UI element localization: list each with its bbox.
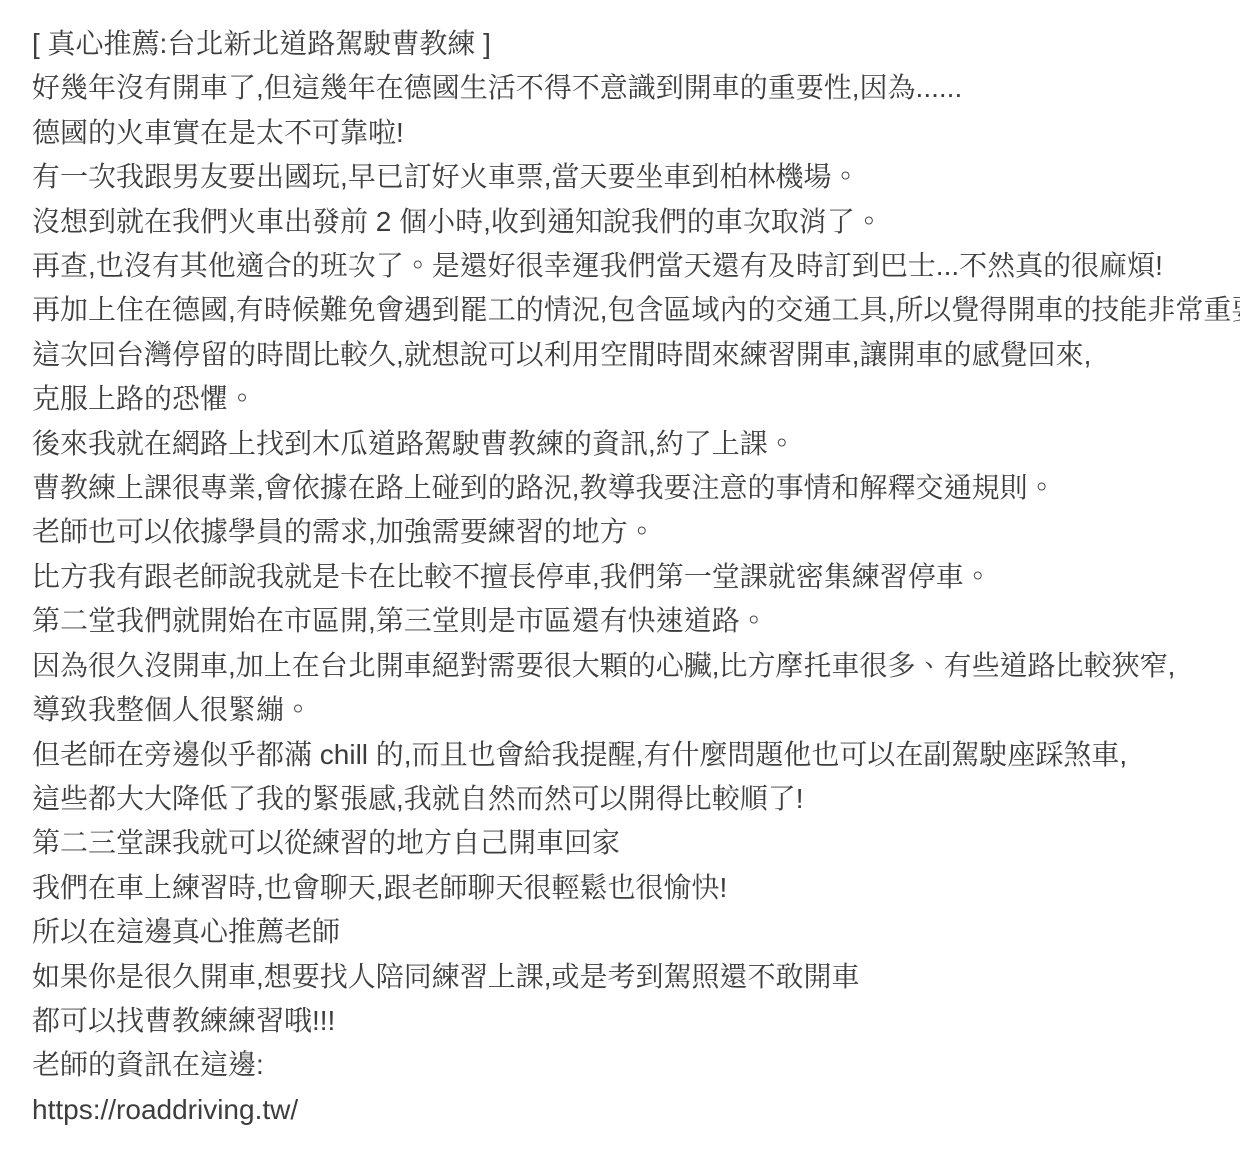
- post-line-11: 老師也可以依據學員的需求,加強需要練習的地方。: [32, 510, 1230, 554]
- post-line-8: 克服上路的恐懼。: [32, 377, 1230, 421]
- post-line-10: 曹教練上課很專業,會依據在路上碰到的路況,教導我要注意的事情和解釋交通規則。: [32, 466, 1230, 510]
- post-line-9: 後來我就在網路上找到木瓜道路駕駛曹教練的資訊,約了上課。: [32, 422, 1230, 466]
- post-url: https://roaddriving.tw/: [32, 1088, 1230, 1132]
- post-line-4: 沒想到就在我們火車出發前 2 個小時,收到通知說我們的車次取消了。: [32, 200, 1230, 244]
- post-line-12: 比方我有跟老師說我就是卡在比較不擅長停車,我們第一堂課就密集練習停車。: [32, 555, 1230, 599]
- post-title: [ 真心推薦:台北新北道路駕駛曹教練 ]: [32, 22, 1230, 66]
- post-line-2: 德國的火車實在是太不可靠啦!: [32, 111, 1230, 155]
- post-line-22: 都可以找曹教練練習哦!!!: [32, 999, 1230, 1043]
- post-line-13: 第二堂我們就開始在市區開,第三堂則是市區還有快速道路。: [32, 599, 1230, 643]
- post-line-23: 老師的資訊在這邊:: [32, 1043, 1230, 1087]
- post-line-19: 我們在車上練習時,也會聊天,跟老師聊天很輕鬆也很愉快!: [32, 866, 1230, 910]
- post-line-16: 但老師在旁邊似乎都滿 chill 的,而且也會給我提醒,有什麼問題他也可以在副駕…: [32, 733, 1230, 777]
- post-line-3: 有一次我跟男友要出國玩,早已訂好火車票,當天要坐車到柏林機場。: [32, 155, 1230, 199]
- post-line-7: 這次回台灣停留的時間比較久,就想說可以利用空閒時間來練習開車,讓開車的感覺回來,: [32, 333, 1230, 377]
- post-line-21: 如果你是很久開車,想要找人陪同練習上課,或是考到駕照還不敢開車: [32, 955, 1230, 999]
- post-line-1: 好幾年沒有開車了,但這幾年在德國生活不得不意識到開車的重要性,因為......: [32, 66, 1230, 110]
- post-line-17: 這些都大大降低了我的緊張感,我就自然而然可以開得比較順了!: [32, 777, 1230, 821]
- post-line-6: 再加上住在德國,有時候難免會遇到罷工的情況,包含區域內的交通工具,所以覺得開車的…: [32, 288, 1230, 332]
- post-line-14: 因為很久沒開車,加上在台北開車絕對需要很大顆的心臟,比方摩托車很多、有些道路比較…: [32, 644, 1230, 688]
- post-line-18: 第二三堂課我就可以從練習的地方自己開車回家: [32, 821, 1230, 865]
- post-line-20: 所以在這邊真心推薦老師: [32, 910, 1230, 954]
- post-document: [ 真心推薦:台北新北道路駕駛曹教練 ] 好幾年沒有開車了,但這幾年在德國生活不…: [0, 0, 1240, 1150]
- post-line-15: 導致我整個人很緊繃。: [32, 688, 1230, 732]
- post-line-5: 再查,也沒有其他適合的班次了。是還好很幸運我們當天還有及時訂到巴士...不然真的…: [32, 244, 1230, 288]
